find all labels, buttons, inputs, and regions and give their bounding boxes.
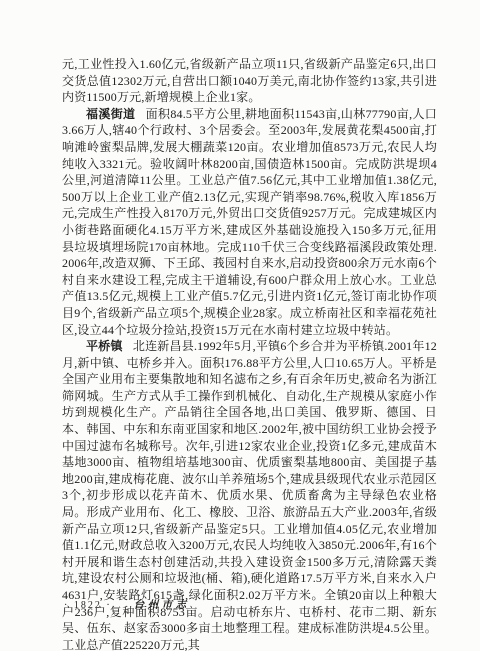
section-text: 面积84.5平方公里,耕地面积11543亩,山林77790亩,人口3.66万人,…	[62, 107, 437, 337]
section-heading: 福溪街道	[86, 107, 146, 121]
section-fuxi-subdistrict: 福溪街道面积84.5平方公里,耕地面积11543亩,山林77790亩,人口3.6…	[62, 106, 437, 338]
book-title: 台州市志	[134, 597, 190, 612]
page-number: · 1822 ·	[64, 600, 112, 611]
section-heading: 平桥镇	[86, 339, 133, 353]
paragraph-text: 元,工业性投入1.60亿元,省级新产品立项11只,省级新产品鉴定6只,出口交货总…	[62, 57, 437, 104]
paragraph-continuation: 元,工业性投入1.60亿元,省级新产品立项11只,省级新产品鉴定6只,出口交货总…	[62, 56, 437, 106]
book-page: 元,工业性投入1.60亿元,省级新产品立项11只,省级新产品鉴定6只,出口交货总…	[0, 0, 480, 651]
page-footer: · 1822 · 台州市志	[64, 597, 190, 612]
